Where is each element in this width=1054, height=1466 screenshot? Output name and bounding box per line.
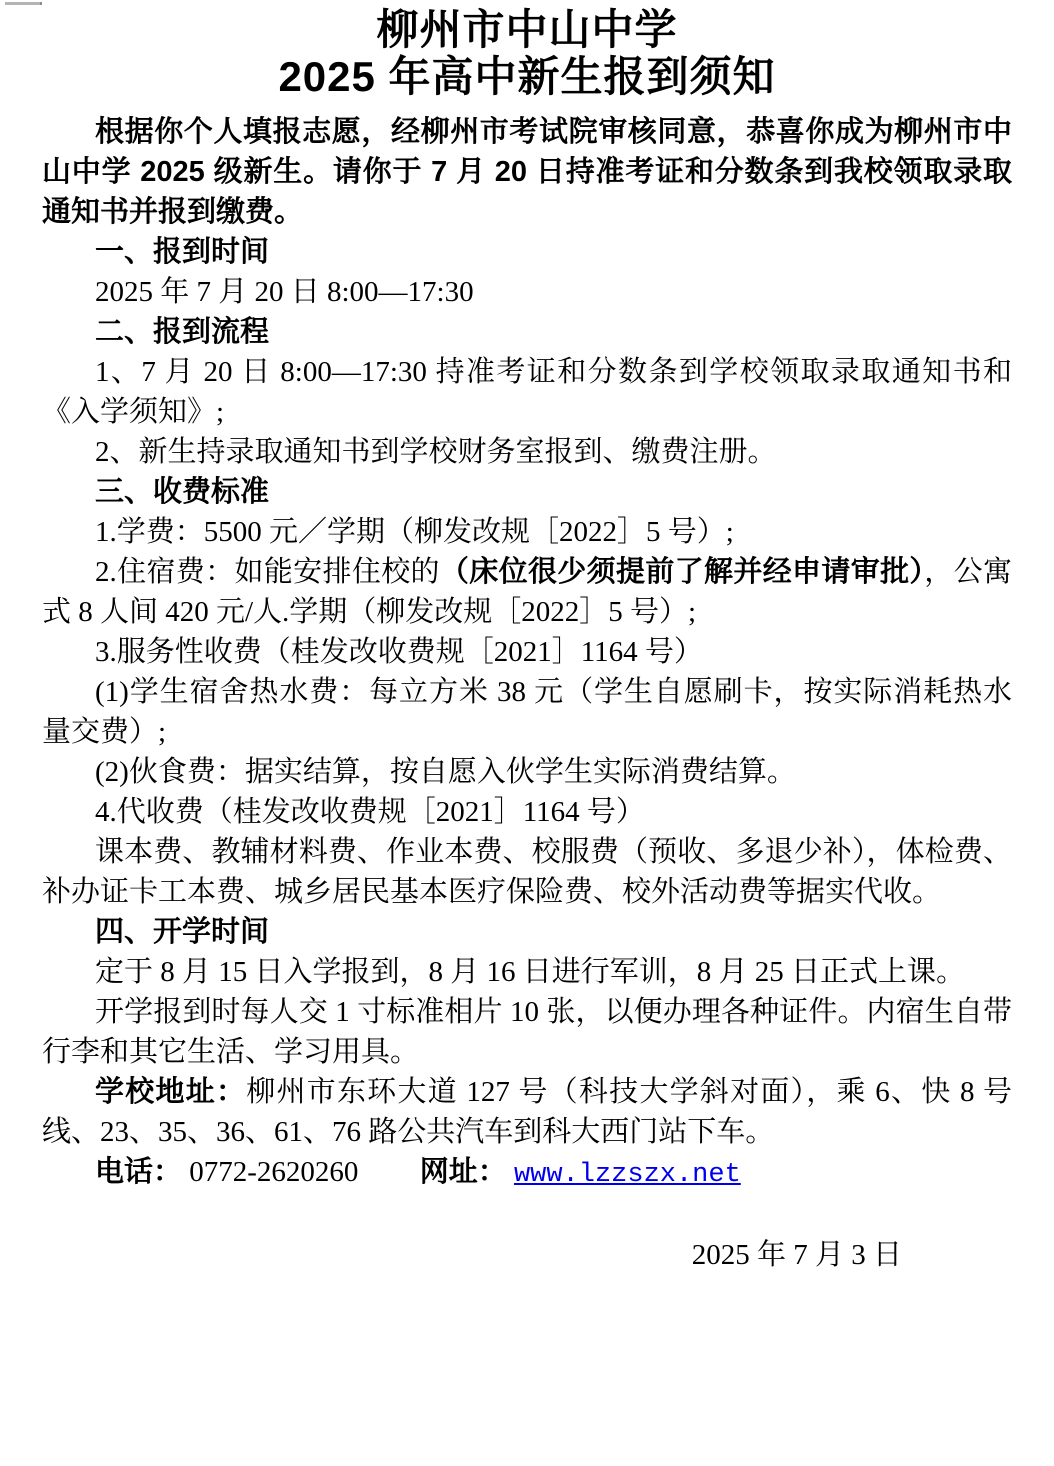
text-run: 课本费、教辅材料费、作业本费、校服费（预收、多退少补），体检费、补办证卡工本费、…	[42, 836, 1012, 908]
text-run: (1)学生宿舍热水费：每立方米 38 元（学生自愿刷卡，按实际消耗热水量交费）;	[42, 676, 1012, 748]
issue-date: 2025 年 7 月 3 日	[42, 1235, 1012, 1275]
paragraph: 2025 年 7 月 20 日 8:00—17:30	[42, 272, 1012, 312]
paragraph: 3.服务性收费（桂发改收费规［2021］1164 号）	[42, 632, 1012, 672]
inline-label: 学校地址：	[95, 1076, 246, 1108]
phone-number: 0772-2620260	[189, 1156, 358, 1188]
paragraph: 定于 8 月 15 日入学报到，8 月 16 日进行军训，8 月 25 日正式上…	[42, 952, 1012, 992]
paragraph: (2)伙食费：据实结算，按自愿入伙学生实际消费结算。	[42, 752, 1012, 792]
website-link[interactable]: www.lzzszx.net	[514, 1160, 741, 1190]
text-run: 2、新生持录取通知书到学校财务室报到、缴费注册。	[95, 436, 777, 468]
document-page: 柳州市中山中学 2025 年高中新生报到须知 根据你个人填报志愿，经柳州市考试院…	[0, 0, 1054, 1466]
paragraph: 2、新生持录取通知书到学校财务室报到、缴费注册。	[42, 432, 1012, 472]
paragraph: 课本费、教辅材料费、作业本费、校服费（预收、多退少补），体检费、补办证卡工本费、…	[42, 832, 1012, 912]
text-run: 开学报到时每人交 1 寸标准相片 10 张，以便办理各种证件。内宿生自带行李和其…	[42, 996, 1012, 1068]
text-run: 1、7 月 20 日 8:00—17:30 持准考证和分数条到学校领取录取通知书…	[42, 356, 1012, 428]
section-heading: 一、报到时间	[42, 232, 1012, 272]
section-heading: 二、报到流程	[42, 312, 1012, 352]
document-sections: 一、报到时间2025 年 7 月 20 日 8:00—17:30二、报到流程1、…	[42, 232, 1012, 1152]
paragraph: 学校地址：柳州市东环大道 127 号（科技大学斜对面），乘 6、快 8 号线、2…	[42, 1072, 1012, 1152]
phone-label: 电话：	[95, 1156, 182, 1188]
text-run: 1.学费：5500 元／学期（柳发改规［2022］5 号）;	[95, 516, 734, 548]
paragraph: (1)学生宿舍热水费：每立方米 38 元（学生自愿刷卡，按实际消耗热水量交费）;	[42, 672, 1012, 752]
section-heading: 四、开学时间	[42, 912, 1012, 952]
paragraph: 1.学费：5500 元／学期（柳发改规［2022］5 号）;	[42, 512, 1012, 552]
paragraph: 1、7 月 20 日 8:00—17:30 持准考证和分数条到学校领取录取通知书…	[42, 352, 1012, 432]
text-run: 4.代收费（桂发改收费规［2021］1164 号）	[95, 796, 645, 828]
text-run: 2.住宿费：如能安排住校的	[95, 556, 440, 588]
intro-paragraph: 根据你个人填报志愿，经柳州市考试院审核同意，恭喜你成为柳州市中山中学 2025 …	[42, 112, 1012, 232]
website-label: 网址：	[420, 1156, 507, 1188]
paragraph: 2.住宿费：如能安排住校的（床位很少须提前了解并经申请审批），公寓式 8 人间 …	[42, 552, 1012, 632]
section-heading: 三、收费标准	[42, 472, 1012, 512]
text-run: 2025 年 7 月 20 日 8:00—17:30	[95, 276, 474, 308]
document-content: 柳州市中山中学 2025 年高中新生报到须知 根据你个人填报志愿，经柳州市考试院…	[42, 6, 1012, 1275]
document-title-line1: 柳州市中山中学	[42, 6, 1012, 53]
paragraph: 开学报到时每人交 1 寸标准相片 10 张，以便办理各种证件。内宿生自带行李和其…	[42, 992, 1012, 1072]
window-edge-artifact	[5, 2, 42, 5]
paragraph: 4.代收费（桂发改收费规［2021］1164 号）	[42, 792, 1012, 832]
bold-note: （床位很少须提前了解并经申请审批）	[440, 556, 924, 588]
text-run: (2)伙食费：据实结算，按自愿入伙学生实际消费结算。	[95, 756, 796, 788]
text-run: 定于 8 月 15 日入学报到，8 月 16 日进行军训，8 月 25 日正式上…	[95, 956, 965, 988]
text-run: 3.服务性收费（桂发改收费规［2021］1164 号）	[95, 636, 703, 668]
document-title-line2: 2025 年高中新生报到须知	[42, 53, 1012, 100]
contact-line: 电话： 0772-2620260 网址： www.lzzszx.net	[42, 1152, 1012, 1195]
